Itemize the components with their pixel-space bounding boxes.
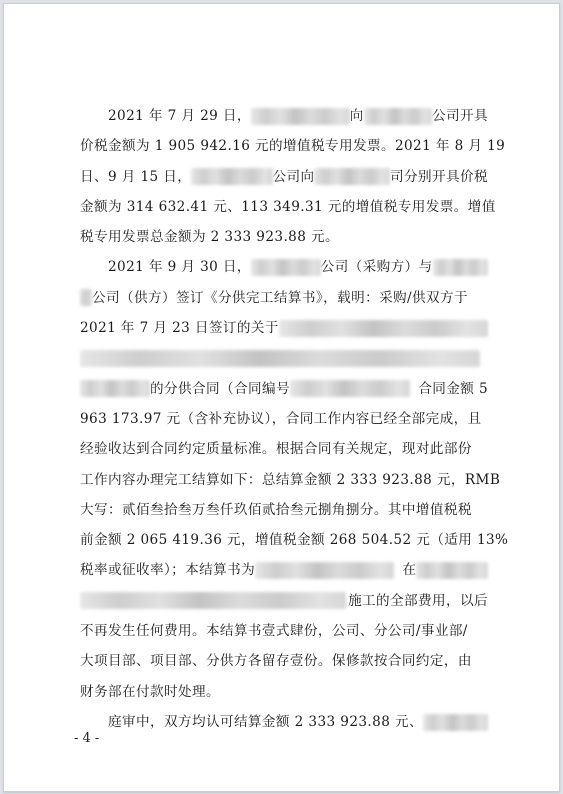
text-segment: 在 xyxy=(402,555,416,585)
text-segment: 公司向 xyxy=(273,162,315,192)
document-page: 2021 年 7 月 29 日， 向 公司开具 价税金额为 1 905 942.… xyxy=(3,3,560,792)
text-segment: 价税金额为 1 905 942.16 元的增值税专用发票。2021 年 8 月 … xyxy=(80,131,505,161)
text-line: 财务部在付款时处理。 xyxy=(80,677,488,707)
text-line: 前金额 2 065 419.36 元，增值税金额 268 504.52 元（适用… xyxy=(80,525,488,555)
text-segment: 施工的全部费用，以后 xyxy=(348,586,488,616)
redacted-text xyxy=(364,108,432,125)
text-segment: 合同金额 5 xyxy=(418,374,488,404)
text-segment: 司分别开具价税 xyxy=(390,162,488,192)
document-body: 2021 年 7 月 29 日， 向 公司开具 价税金额为 1 905 942.… xyxy=(80,101,488,737)
redacted-text xyxy=(255,562,394,579)
text-line: 公司（供方）签订《分供完工结算书》，载明：采购/供双方于 xyxy=(80,283,488,313)
text-segment: 大写：贰佰叁拾叁万叁仟玖佰贰拾叁元捌角捌分。其中增值税税 xyxy=(80,495,472,525)
text-segment: 经验收达到合同约定质量标准。根据合同有关规定，现对此部份 xyxy=(80,434,472,464)
text-segment: 财务部在付款时处理。 xyxy=(80,677,220,707)
redacted-text xyxy=(251,259,321,276)
text-segment: 的分供合同（合同编号 xyxy=(150,374,290,404)
redacted-text xyxy=(191,168,272,185)
redacted-text xyxy=(251,108,350,125)
text-line: 庭审中，双方均认可结算金额 2 333 923.88 元、 xyxy=(80,707,488,737)
redacted-text xyxy=(314,168,390,185)
text-segment: 2021 年 7 月 23 日签订的关于 xyxy=(80,313,279,343)
text-segment: 工作内容办理完工结算如下：总结算金额 2 333 923.88 元，RMB xyxy=(80,465,500,495)
text-line: 2021 年 9 月 30 日， 公司（采购方）与 xyxy=(80,252,488,282)
redacted-text xyxy=(279,320,488,337)
redacted-text xyxy=(80,289,92,306)
text-segment: 公司（采购方）与 xyxy=(321,252,433,282)
text-segment: 税率或征收率）；本结算书为 xyxy=(80,555,255,585)
text-line xyxy=(80,343,488,373)
text-segment: 大项目部、项目部、分供方各留存壹份。保修款按合同约定，由 xyxy=(80,646,472,676)
text-line: 日、9 月 15 日， 公司向 司分别开具价税 xyxy=(80,162,488,192)
text-line: 的分供合同（合同编号 合同金额 5 xyxy=(80,374,488,404)
text-line: 不再发生任何费用。本结算书壹式肆份，公司、分公司/事业部/ xyxy=(80,616,488,646)
text-segment: 2021 年 9 月 30 日， xyxy=(108,252,251,282)
text-segment: 2021 年 7 月 29 日， xyxy=(108,101,251,131)
text-segment: 日、9 月 15 日， xyxy=(80,162,191,192)
text-segment: 公司开具 xyxy=(432,101,488,131)
text-line: 税专用发票总金额为 2 333 923.88 元。 xyxy=(80,222,488,252)
text-segment: 不再发生任何费用。本结算书壹式肆份，公司、分公司/事业部/ xyxy=(80,616,468,646)
redacted-text xyxy=(416,562,488,579)
text-segment: 税专用发票总金额为 2 333 923.88 元。 xyxy=(80,222,339,252)
text-segment: 963 173.97 元（含补充协议），合同工作内容已经全部完成，且 xyxy=(80,404,482,434)
text-line: 2021 年 7 月 23 日签订的关于 xyxy=(80,313,488,343)
redacted-text xyxy=(423,714,488,731)
text-line: 工作内容办理完工结算如下：总结算金额 2 333 923.88 元，RMB xyxy=(80,465,488,495)
page-number: - 4 - xyxy=(74,731,99,746)
redacted-text xyxy=(433,259,488,276)
text-line: 税率或征收率）；本结算书为 在 xyxy=(80,555,488,585)
text-line: 价税金额为 1 905 942.16 元的增值税专用发票。2021 年 8 月 … xyxy=(80,131,488,161)
text-segment: 前金额 2 065 419.36 元，增值税金额 268 504.52 元（适用… xyxy=(80,525,508,555)
text-segment: 公司（供方）签订《分供完工结算书》，载明：采购/供双方于 xyxy=(92,283,468,313)
text-segment: 金额为 314 632.41 元、113 349.31 元的增值税专用发票。增值 xyxy=(80,192,496,222)
redacted-text xyxy=(80,350,480,367)
text-line: 施工的全部费用，以后 xyxy=(80,586,488,616)
redacted-text xyxy=(80,380,150,397)
redacted-text xyxy=(290,380,410,397)
text-line: 大写：贰佰叁拾叁万叁仟玖佰贰拾叁元捌角捌分。其中增值税税 xyxy=(80,495,488,525)
redacted-text xyxy=(80,592,346,609)
text-line: 963 173.97 元（含补充协议），合同工作内容已经全部完成，且 xyxy=(80,404,488,434)
text-line: 2021 年 7 月 29 日， 向 公司开具 xyxy=(80,101,488,131)
text-segment: 向 xyxy=(350,101,364,131)
text-line: 大项目部、项目部、分供方各留存壹份。保修款按合同约定，由 xyxy=(80,646,488,676)
text-segment: 庭审中，双方均认可结算金额 2 333 923.88 元、 xyxy=(108,707,423,737)
text-line: 金额为 314 632.41 元、113 349.31 元的增值税专用发票。增值 xyxy=(80,192,488,222)
text-line: 经验收达到合同约定质量标准。根据合同有关规定，现对此部份 xyxy=(80,434,488,464)
